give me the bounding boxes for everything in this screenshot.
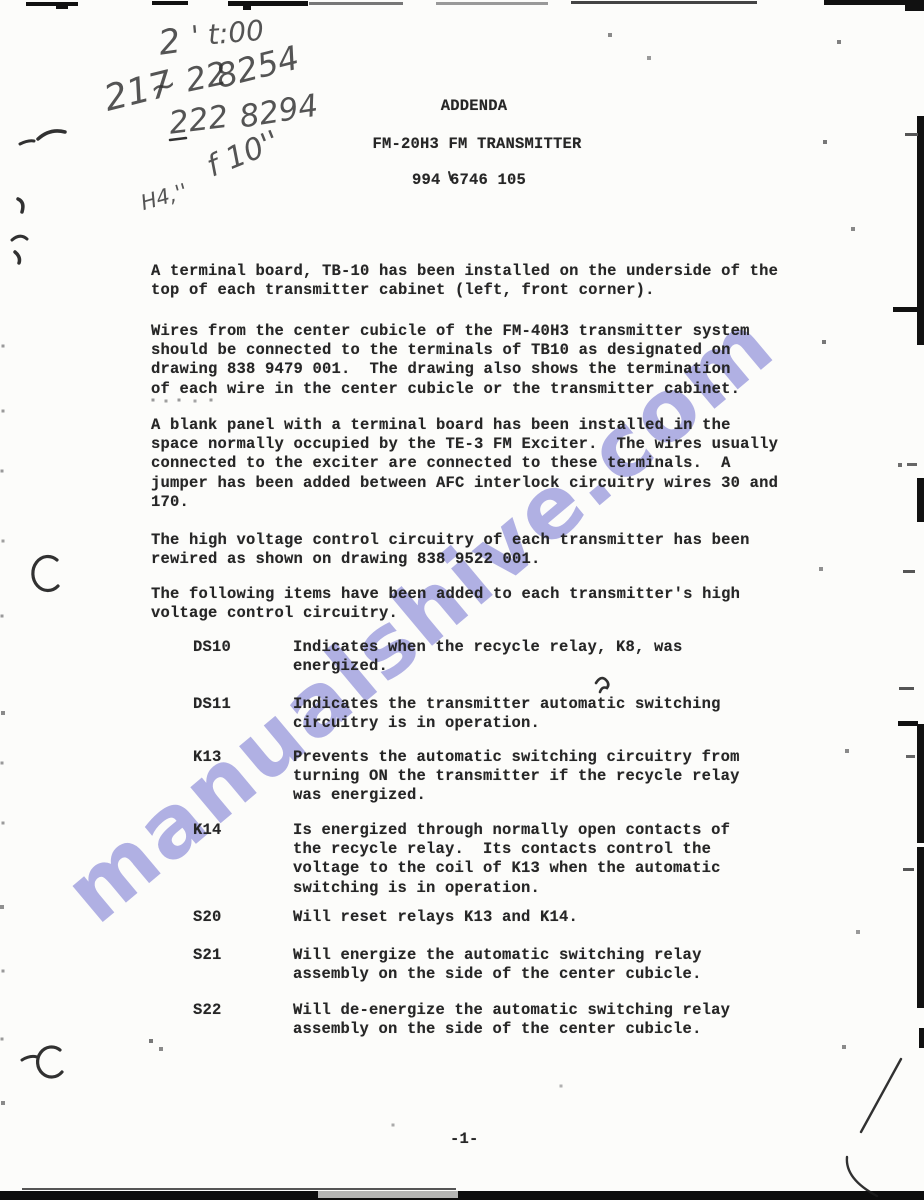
scan-artifact-right [893,307,919,312]
item-description: Indicates the transmitter automatic swit… [293,695,721,733]
scan-artifact-top [56,6,68,9]
handwritten-note: 2 [156,21,183,64]
scan-artifact-top [152,1,188,5]
document-part-number: 994 6746 105 [412,171,526,190]
margin-dash [906,755,915,758]
scan-artifact-top [243,6,251,10]
document-subtitle: FM-20H3 FM TRANSMITTER [372,135,581,154]
scan-artifact-right [919,1028,924,1048]
scan-artifact-top [436,2,548,5]
margin-dash [907,463,917,466]
item-description: Is energized through normally open conta… [293,821,730,898]
scan-artifact-bottom [22,1188,456,1190]
paragraph: A blank panel with a terminal board has … [151,416,778,512]
scan-artifact-top [309,2,403,5]
scanned-document-page: manualshive.com ADDENDA FM-20H3 FM TRANS… [0,0,924,1200]
ink-c-mark [38,1047,62,1077]
scan-artifact-top [26,2,78,6]
document-title: ADDENDA [441,97,508,116]
margin-dash [905,133,918,136]
margin-dash [903,868,914,871]
scan-artifact-right [917,478,924,522]
handwritten-note: 222 [167,99,230,142]
item-label: DS11 [193,695,231,714]
margin-dash [899,687,914,690]
scan-artifact-bottom [318,1191,458,1198]
scan-artifact-bottom [0,1191,924,1200]
margin-dash [903,570,915,573]
item-description: Indicates when the recycle relay, K8, wa… [293,638,683,676]
handwritten-note: 8294 [237,88,321,136]
paragraph: The high voltage control circuitry of ea… [151,531,750,569]
scan-artifact-top [228,1,308,6]
scan-artifact-right [898,721,918,726]
ink-tilde [12,236,27,240]
item-description: Will energize the automatic switching re… [293,946,702,984]
scan-artifact-right [917,724,924,843]
item-label: S22 [193,1001,222,1020]
item-description: Prevents the automatic switching circuit… [293,748,740,806]
scan-artifact-right [917,847,924,1008]
item-description: Will reset relays K13 and K14. [293,908,578,927]
item-description: Will de-energize the automatic switching… [293,1001,730,1039]
paragraph: Wires from the center cubicle of the FM-… [151,322,750,399]
paragraph: A terminal board, TB-10 has been install… [151,262,778,300]
ink-c-mark [33,556,58,590]
scan-artifact-top [571,1,757,4]
ink-dash [22,1056,37,1060]
ink-hook-top-left [38,131,65,139]
ink-comma [18,199,23,212]
paragraph: The following items have been added to e… [151,585,740,623]
item-label: S21 [193,946,222,965]
dust-speckles [0,0,2,2]
ink-hook-top-left [20,141,34,144]
page-number: -1- [450,1130,479,1149]
ink-slash [861,1059,901,1132]
scan-artifact-top [905,0,924,11]
item-label: S20 [193,908,222,927]
handwritten-note: H4,'' [138,179,190,215]
ink-squiggle [596,678,608,692]
item-label: K13 [193,748,222,767]
item-label: K14 [193,821,222,840]
ink-blob [15,252,20,263]
item-label: DS10 [193,638,231,657]
